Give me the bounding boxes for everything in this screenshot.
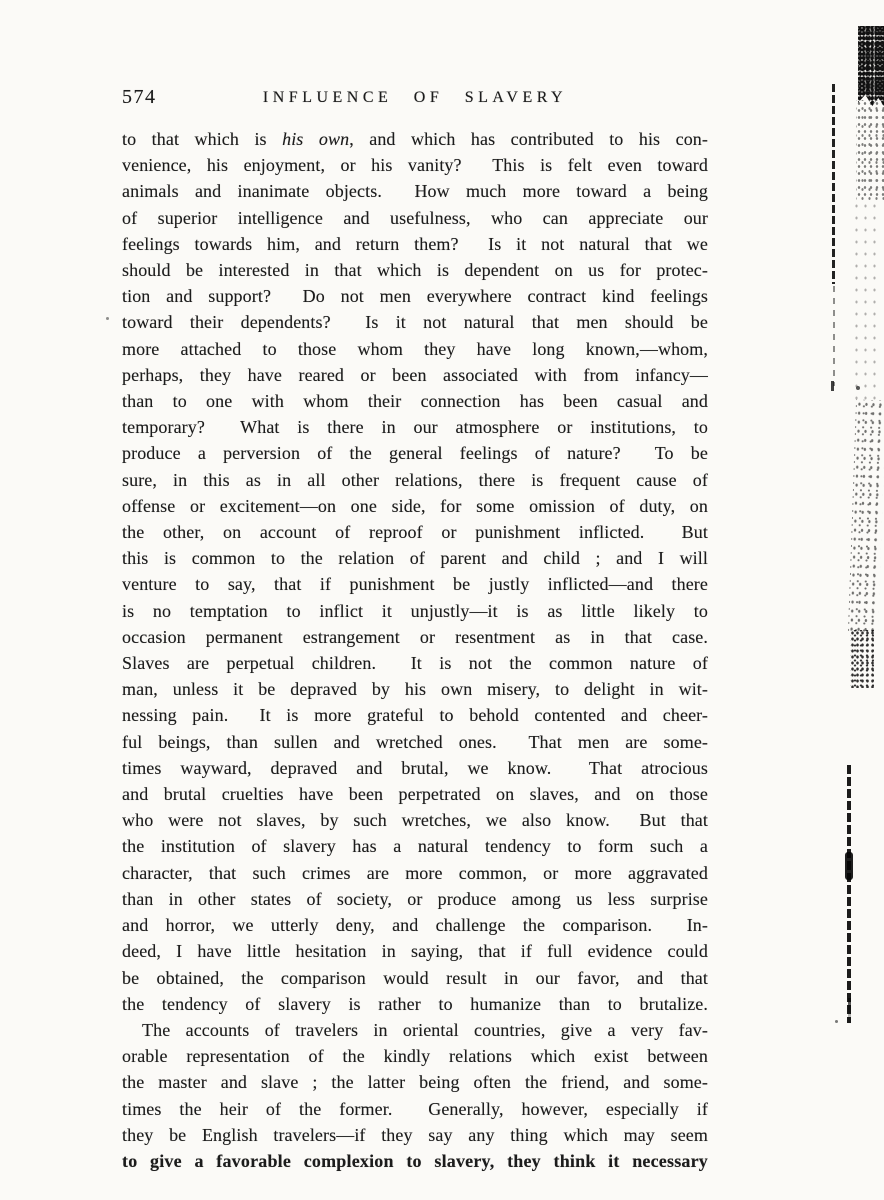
scan-artifact-speckle-strip: [850, 630, 874, 688]
scan-artifact-dot: [106, 317, 109, 320]
body-line: ful beings, than sullen and wretched one…: [122, 729, 708, 755]
running-header-title: INFLUENCE OF SLAVERY: [122, 86, 708, 107]
scan-artifact-mark: [845, 852, 853, 880]
body-line: animals and inanimate objects. How much …: [122, 178, 708, 204]
scan-artifact-mark: [848, 998, 851, 1024]
body-line: the tendency of slavery is rather to hum…: [122, 991, 708, 1017]
body-line: of superior intelligence and usefulness,…: [122, 205, 708, 231]
body-line: produce a perversion of the general feel…: [122, 440, 708, 466]
body-line: nessing pain. It is more grateful to beh…: [122, 702, 708, 728]
body-line: sure, in this as in all other relations,…: [122, 467, 708, 493]
italic-phrase: his own: [282, 129, 349, 149]
body-line: be obtained, the comparison would result…: [122, 965, 708, 991]
body-line: more attached to those whom they have lo…: [122, 336, 708, 362]
body-line: they be English travelers—if they say an…: [122, 1122, 708, 1148]
body-line: offense or excitement—on one side, for s…: [122, 493, 708, 519]
page-number: 574: [122, 86, 157, 109]
body-line: occasion permanent estrangement or resen…: [122, 624, 708, 650]
scan-artifact-edge-line: [833, 286, 835, 386]
body-line: character, that such crimes are more com…: [122, 860, 708, 886]
scan-artifact-edge-line: [832, 84, 835, 284]
body-line: Slaves are perpetual children. It is not…: [122, 650, 708, 676]
body-line: than to one with whom their connection h…: [122, 388, 708, 414]
body-line-text: , and which has contributed to his con-: [349, 129, 708, 149]
scanned-book-page: 574 INFLUENCE OF SLAVERY to that which i…: [0, 0, 884, 1200]
body-line: man, unless it be depraved by his own mi…: [122, 676, 708, 702]
body-line: venture to say, that if punishment be ju…: [122, 571, 708, 597]
body-line: to give a favorable complexion to slaver…: [122, 1148, 708, 1174]
body-line: and brutal cruelties have been perpetrat…: [122, 781, 708, 807]
body-text: to that which is his own, and which has …: [122, 126, 708, 1174]
body-line: tion and support? Do not men everywhere …: [122, 283, 708, 309]
body-line: and horror, we utterly deny, and challen…: [122, 912, 708, 938]
body-line: the master and slave ; the latter being …: [122, 1069, 708, 1095]
scan-artifact-mark: [856, 386, 860, 390]
body-line: temporary? What is there in our atmosphe…: [122, 414, 708, 440]
scan-artifact-dot: [835, 1020, 838, 1023]
body-line: feelings towards him, and return them? I…: [122, 231, 708, 257]
body-line: perhaps, they have reared or been associ…: [122, 362, 708, 388]
scan-artifact-speckle-strip: [852, 200, 882, 400]
body-line: is no temptation to inflict it unjustly—…: [122, 598, 708, 624]
body-line-text: to that which is: [122, 129, 282, 149]
body-line: orable representation of the kindly rela…: [122, 1043, 708, 1069]
body-line: deed, I have little hesitation in saying…: [122, 938, 708, 964]
body-line: this is common to the relation of parent…: [122, 545, 708, 571]
body-line: to that which is his own, and which has …: [122, 126, 708, 152]
body-line: than in other states of society, or prod…: [122, 886, 708, 912]
scan-artifact-speckle-strip: [848, 400, 884, 636]
body-line: the other, on account of reproof or puni…: [122, 519, 708, 545]
body-line: toward their dependents? Is it not natur…: [122, 309, 708, 335]
scan-artifact-corner-blob: [858, 26, 884, 106]
scan-artifact-edge-line: [847, 765, 851, 1023]
text-column: 574 INFLUENCE OF SLAVERY to that which i…: [122, 86, 708, 1174]
page-header: 574 INFLUENCE OF SLAVERY: [122, 86, 708, 126]
scan-artifact-mark: [831, 381, 834, 391]
body-line: should be interested in that which is de…: [122, 257, 708, 283]
body-line-paragraph-start: The accounts of travelers in oriental co…: [122, 1017, 708, 1043]
body-line: venience, his enjoyment, or his vanity? …: [122, 152, 708, 178]
scan-artifact-blob-fade: [856, 100, 884, 200]
body-line: who were not slaves, by such wretches, w…: [122, 807, 708, 833]
body-line: times the heir of the former. Generally,…: [122, 1096, 708, 1122]
body-line: the institution of slavery has a natural…: [122, 833, 708, 859]
body-line: times wayward, depraved and brutal, we k…: [122, 755, 708, 781]
